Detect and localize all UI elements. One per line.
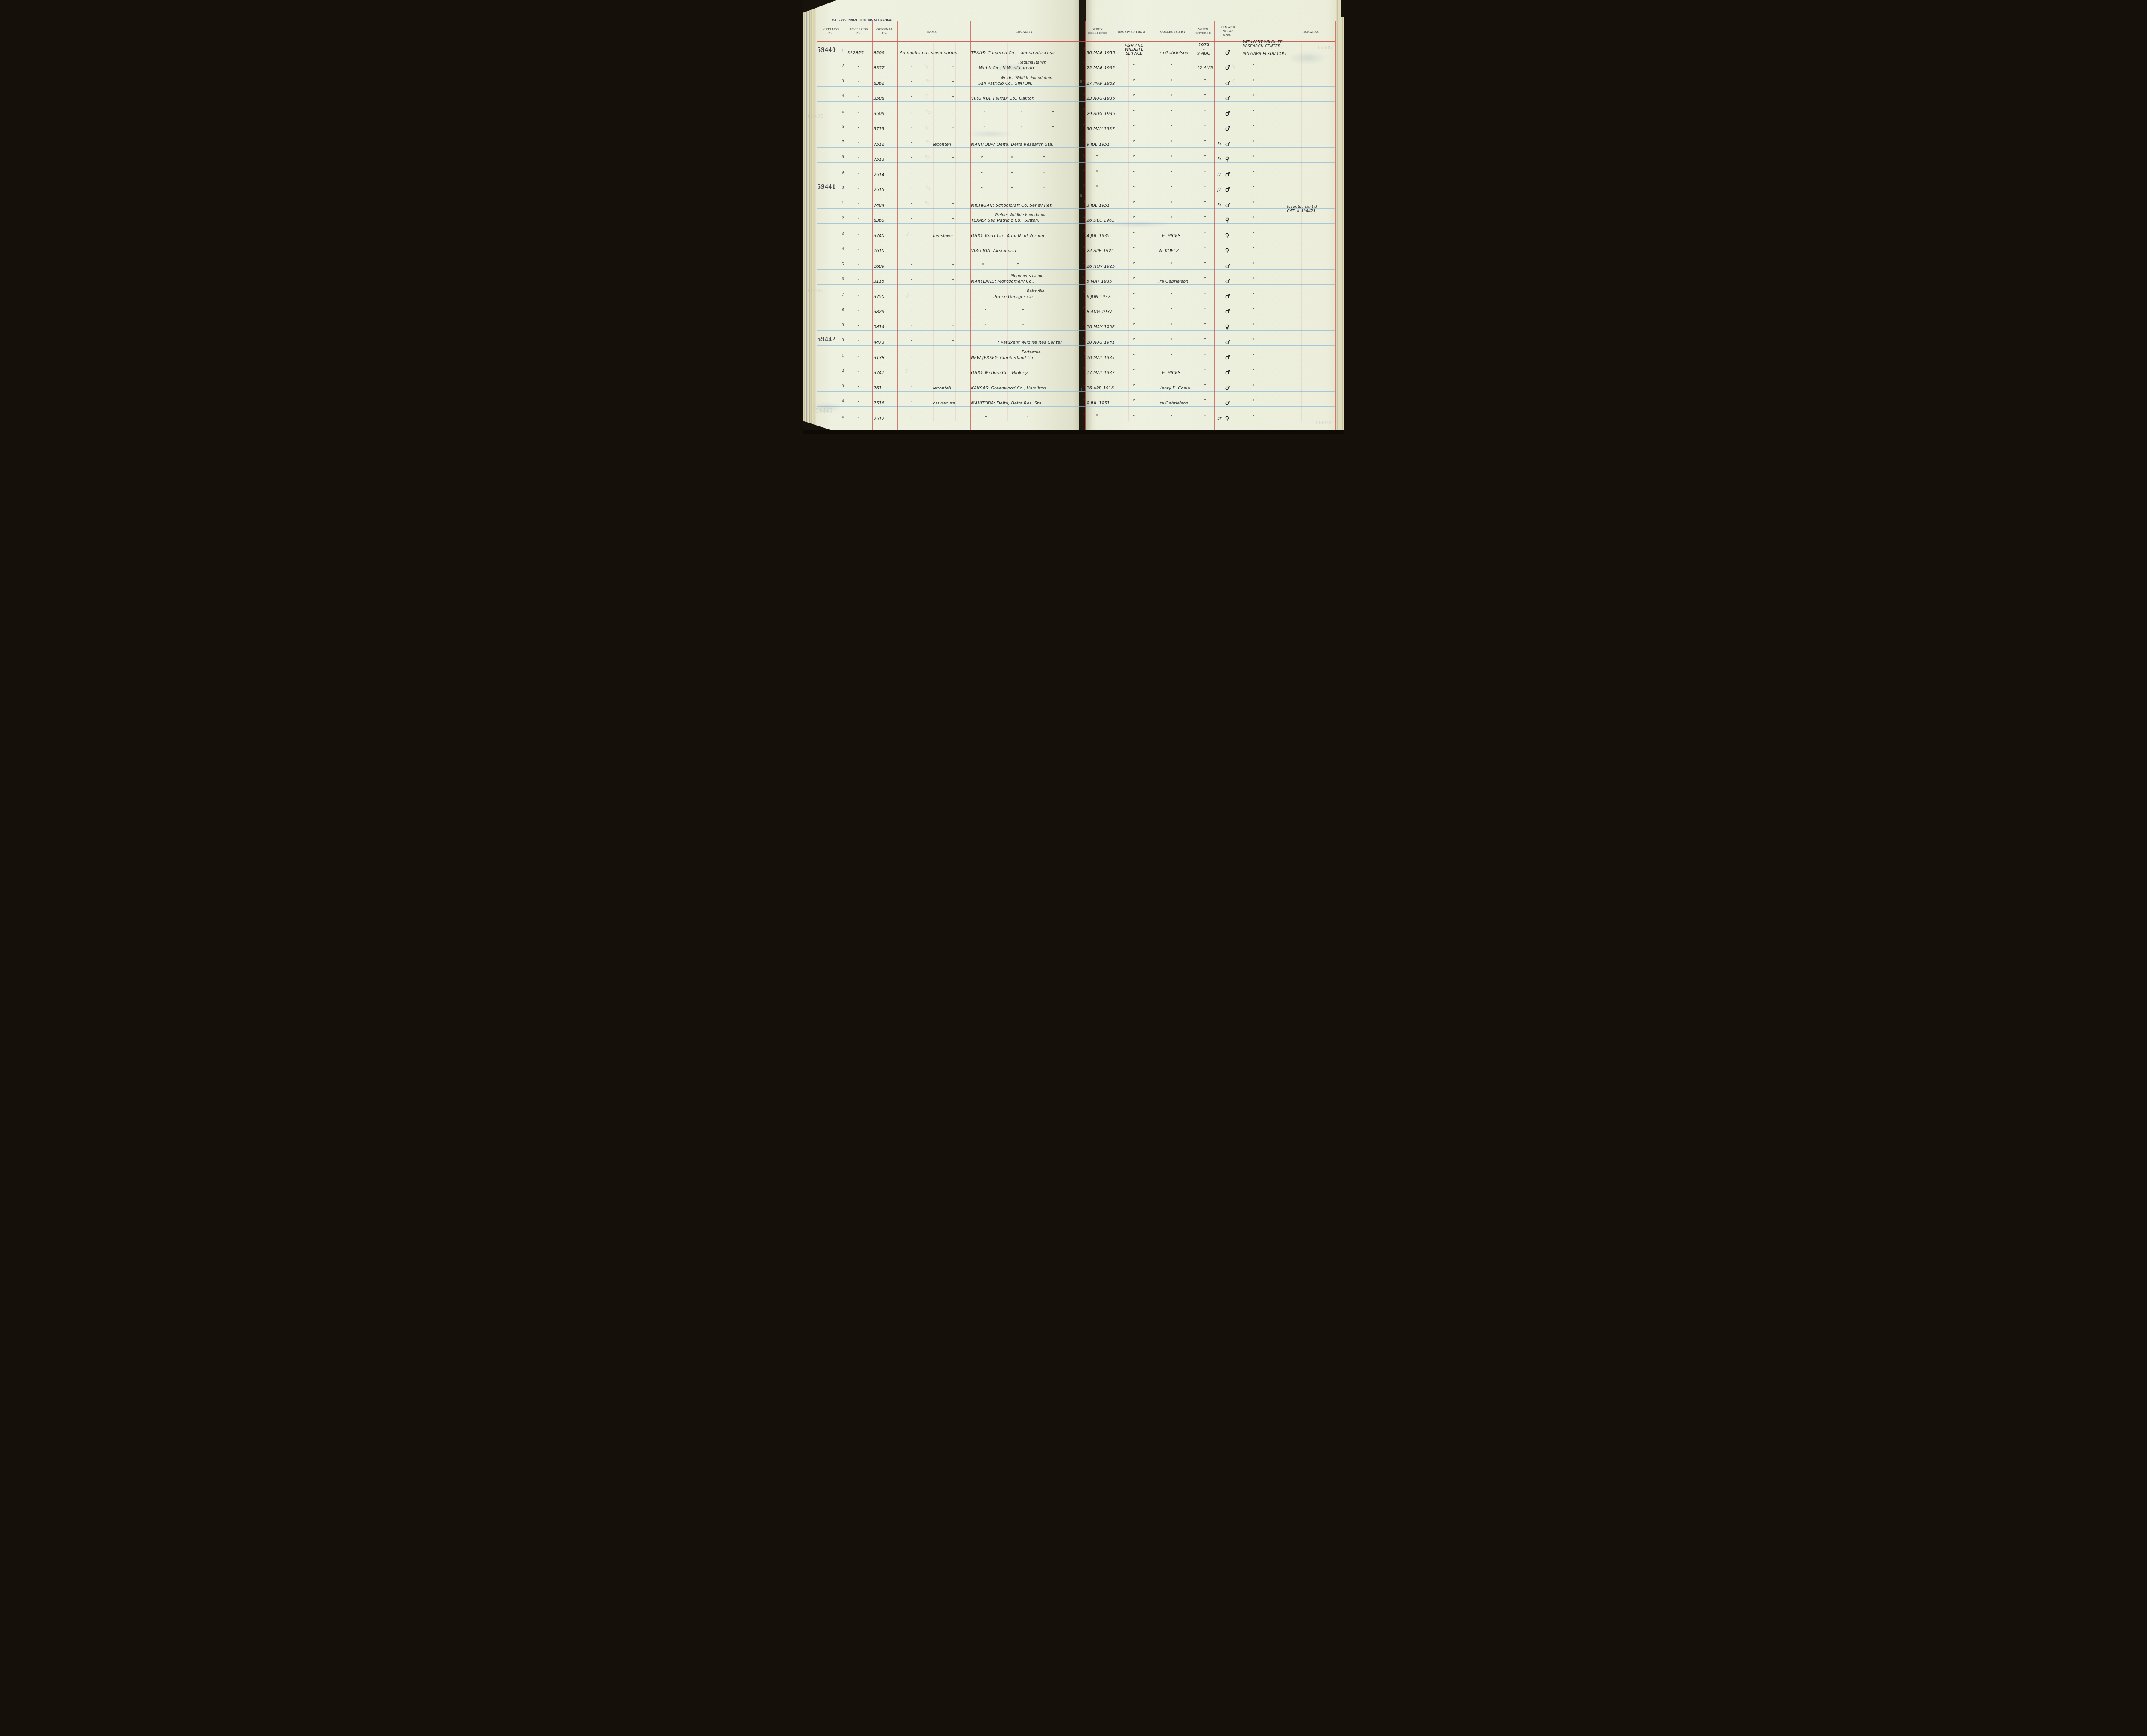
locality-main: TEXAS: San Patricio Co., Sinton, xyxy=(971,218,1040,223)
ghost-sex-symbol: ♀ xyxy=(925,124,929,131)
subspecies-ditto: ” xyxy=(952,371,954,375)
accession-ditto: ” xyxy=(857,356,859,360)
row-number: 9 xyxy=(1080,169,1086,173)
accession-ditto: ” xyxy=(857,188,859,192)
collection-note-ditto: ” xyxy=(1252,262,1254,267)
collection-note-ditto: ” xyxy=(1252,201,1254,206)
when-entered-ditto: ” xyxy=(1204,79,1206,84)
row-number: 8 xyxy=(1080,154,1086,158)
subspecies-ditto: ” xyxy=(952,264,954,269)
column-header-line: CATALOG xyxy=(823,27,839,31)
ghost-smudge xyxy=(1104,221,1172,227)
sex-symbol: ♂ xyxy=(1225,400,1231,407)
sex-symbol: ♂ xyxy=(1225,125,1231,132)
collection-note-line: RESEARCH CENTER xyxy=(1243,45,1289,49)
when-entered-ditto: ” xyxy=(1204,247,1206,252)
received-from-ditto: ” xyxy=(1133,338,1135,343)
locality-main: VIRGINIA: Alexandria xyxy=(971,249,1016,253)
when-entered-ditto: ” xyxy=(1204,369,1206,374)
original-number: 8362 xyxy=(874,81,885,86)
when-entered-ditto: ” xyxy=(1204,415,1206,420)
subspecies-ditto: ” xyxy=(952,188,954,192)
catalog-row-digit: 3 xyxy=(836,384,844,389)
accession-ditto: ” xyxy=(857,310,859,314)
received-from-ditto: ” xyxy=(1133,79,1135,84)
ghost-sex-symbol: ♀ xyxy=(925,94,929,100)
catalog-row-digit: 0 xyxy=(836,186,844,190)
genus-ditto: ” xyxy=(910,249,912,253)
locality-main: MICHIGAN: Schoolcraft Co, Seney Ref. xyxy=(971,203,1053,208)
catalog-row-digit: 4 xyxy=(836,94,844,99)
ledger-record: 4”3508””VIRGINIA: Fairfax Co., Oakton423… xyxy=(803,86,1344,102)
subspecies-name: caudacuta xyxy=(933,401,955,406)
locality-ditto: ” xyxy=(1011,172,1013,176)
row-number: 6 xyxy=(1080,276,1086,280)
catalog-row-digit: 1 xyxy=(836,354,844,358)
catalog-row-digit: 7 xyxy=(836,293,844,297)
catalog-row-digit: 6 xyxy=(836,125,844,129)
collected-by-ditto: ” xyxy=(1170,79,1172,84)
genus-ditto: ” xyxy=(910,340,912,345)
locality-main: TEXAS: Cameron Co., Laguna Atascosa xyxy=(971,51,1055,55)
collection-note-ditto: ” xyxy=(1252,293,1254,298)
catalog-row-digit: 6 xyxy=(836,277,844,282)
column-header-line: SEX AND xyxy=(1221,25,1235,29)
ghost-sex-symbol: ♀ xyxy=(905,231,909,237)
received-from-ditto: ” xyxy=(1133,277,1135,282)
ledger-record: 594420”4473””: Patuxent Wildlife Res Cen… xyxy=(803,330,1344,346)
accession-ditto: ” xyxy=(857,218,859,223)
genus-ditto: ” xyxy=(910,386,912,391)
when-entered-ditto: ” xyxy=(1204,216,1206,221)
sex-symbol: ♀ xyxy=(1225,156,1229,163)
when-entered-line: 9 AUG xyxy=(1195,52,1213,56)
subspecies-ditto: ” xyxy=(952,203,954,208)
collected-by: L.E. HICKS xyxy=(1159,371,1181,375)
locality-ditto: ” xyxy=(1052,126,1054,131)
catalog-row-digit: 2 xyxy=(836,369,844,373)
row-number: 4 xyxy=(1080,93,1086,97)
collection-note-ditto: ” xyxy=(1252,338,1254,343)
collected-by: Henry K. Coale xyxy=(1159,386,1190,391)
row-number: 3 xyxy=(1080,383,1086,387)
sex-symbol: ♀ xyxy=(1225,415,1229,422)
date-collected: 10 MAY 1936 xyxy=(1087,325,1115,330)
row-number: 3 xyxy=(1080,230,1086,234)
catalog-row-digit: 1 xyxy=(836,49,844,53)
sex-symbol: ♂ xyxy=(1225,369,1231,376)
original-number: 3508 xyxy=(874,96,885,101)
sex-symbol: ♂ xyxy=(1225,202,1231,209)
accession-ditto: ” xyxy=(857,96,859,101)
ledger-record: 5”7517””””5””””Br♀” xyxy=(803,406,1344,422)
ghost-stamp: 59441 xyxy=(1315,419,1331,426)
accession-ditto: ” xyxy=(857,157,859,162)
received-from-ditto: ” xyxy=(1133,262,1135,267)
received-from-ditto: ” xyxy=(1133,140,1135,145)
ledger-scan: U.S. GOVERNMENT PRINTING OFFICE 278-408 … xyxy=(803,0,1344,434)
accession-ditto: ” xyxy=(857,264,859,269)
original-number: 4473 xyxy=(874,340,885,345)
original-number: 7515 xyxy=(874,188,885,192)
locality-main: NEW JERSEY: Cumberland Co., xyxy=(971,356,1036,360)
date-collected: 10 AUG 1941 xyxy=(1087,340,1115,345)
ledger-record: 6”3713”””””630 MAY 1937”””♂” xyxy=(803,117,1344,132)
genus-ditto: ” xyxy=(910,142,912,147)
date-collected: 3 JUL 1951 xyxy=(1087,203,1110,208)
genus-ditto: ” xyxy=(910,127,912,131)
ghost-sex-symbol: ♂ xyxy=(925,155,930,161)
genus-ditto: ” xyxy=(910,173,912,177)
original-number: 7514 xyxy=(874,173,885,177)
date-ditto: ” xyxy=(1096,414,1098,419)
subspecies-ditto: ” xyxy=(952,279,954,284)
accession-ditto: ” xyxy=(857,66,859,70)
sex-symbol: ♂ xyxy=(1225,141,1231,148)
ledger-record: 5”1609””””526 NOV 1925”””♂” xyxy=(803,254,1344,269)
genus-ditto: ” xyxy=(910,417,912,421)
date-ditto: ” xyxy=(1096,170,1098,175)
accession-value: 332825 xyxy=(848,51,864,55)
when-entered-ditto: ” xyxy=(1204,155,1206,160)
catalog-row-digit: 9 xyxy=(836,171,844,175)
collected-by-ditto: ” xyxy=(1170,323,1172,328)
ledger-record: 3”761”leconteiiKANSAS: Greenwood Co., Ha… xyxy=(803,376,1344,391)
locality-ditto: ” xyxy=(981,187,983,192)
when-entered-ditto: ” xyxy=(1204,293,1206,298)
catalog-row-digit: 8 xyxy=(836,308,844,312)
sex-symbol: ♂ xyxy=(1225,339,1231,346)
sex-prefix: Br xyxy=(1218,417,1222,420)
subspecies-ditto: ” xyxy=(952,310,954,314)
column-header-received-from: RECEIVED FROM— xyxy=(1118,30,1149,34)
ghost-smudge xyxy=(988,64,1039,71)
catalog-row-digit: 5 xyxy=(836,262,844,267)
subspecies-ditto: ” xyxy=(952,356,954,360)
accession-ditto: ” xyxy=(857,81,859,86)
locality-main: MANITOBA: Delta, Delta Res. Sta. xyxy=(971,401,1043,406)
received-from-ditto: ” xyxy=(1133,354,1135,359)
original-number: 3829 xyxy=(874,310,885,314)
locality-ditto: ” xyxy=(1043,156,1045,161)
collected-by: L.E. HICKS xyxy=(1159,234,1181,238)
received-from-ditto: ” xyxy=(1133,94,1135,99)
sex-symbol: ♂ xyxy=(1225,354,1231,361)
row-number: 9 xyxy=(1080,322,1086,326)
sex-symbol: ♂ xyxy=(1225,186,1231,193)
original-number: 3509 xyxy=(874,112,885,116)
ledger-record: 9”7514”””””9””””Ju♂” xyxy=(803,162,1344,178)
ledger-record: 7”3750””Beltsville: Prince Georges Co.,7… xyxy=(803,284,1344,300)
column-header-line: LOCALITY xyxy=(1016,30,1033,34)
collection-note-ditto: ” xyxy=(1252,232,1254,237)
genus-ditto: ” xyxy=(910,81,912,86)
staple xyxy=(1080,194,1082,197)
catalog-row-digit: 4 xyxy=(836,247,844,251)
ghost-sex-symbol: ♂ xyxy=(926,109,931,116)
date-collected: 4 JUL 1935 xyxy=(1087,234,1110,238)
accession-ditto: ” xyxy=(857,173,859,177)
locality-main: VIRGINIA: Fairfax Co., Oakton xyxy=(971,96,1035,101)
ghost-smudge xyxy=(1288,52,1327,64)
collection-note-ditto: ” xyxy=(1252,155,1254,160)
catalog-row-digit: 5 xyxy=(836,110,844,114)
scan-shadow-bottom xyxy=(803,430,1344,434)
when-entered-ditto: ” xyxy=(1204,384,1206,389)
received-from-ditto: ” xyxy=(1133,186,1135,191)
catalog-row-digit: 0 xyxy=(836,338,844,343)
sex-symbol: ♀ xyxy=(1225,324,1229,331)
received-from-ditto: ” xyxy=(1133,308,1135,313)
subspecies-ditto: ” xyxy=(952,157,954,162)
original-number: 3740 xyxy=(874,234,885,238)
sex-symbol: ♂ xyxy=(1225,95,1231,102)
collected-by-ditto: ” xyxy=(1170,201,1172,206)
genus-ditto: ” xyxy=(910,371,912,375)
column-header-line: ACCESSION xyxy=(849,27,868,31)
locality-ditto: ” xyxy=(983,111,985,116)
subspecies-ditto: ” xyxy=(952,340,954,345)
species-name: Ammodramus savannarum xyxy=(900,51,958,55)
accession-ditto: ” xyxy=(857,401,859,406)
column-header-line: No. xyxy=(849,31,868,35)
received-from-ditto: ” xyxy=(1133,232,1135,237)
received-from-ditto: ” xyxy=(1133,110,1135,115)
locality-ditto: ” xyxy=(983,126,985,131)
collected-by-ditto: ” xyxy=(1170,216,1172,221)
ledger-record: 6”3115””Plummer's IslandMARYLAND: Montgo… xyxy=(803,269,1344,285)
column-header-name: NAME xyxy=(927,30,937,34)
locality-upper: Welder Wildlife Foundation xyxy=(1001,76,1052,81)
row-number: 0 xyxy=(1080,184,1086,188)
locality-upper: Welder Wildlife Foundation xyxy=(995,213,1047,218)
collected-by-ditto: ” xyxy=(1170,415,1172,420)
column-header-line: SPEC. xyxy=(1221,33,1235,37)
ghost-sex-symbol: ♂ xyxy=(926,185,931,192)
column-header-line: ENTERED xyxy=(1195,31,1211,35)
row-number: 5 xyxy=(1080,108,1086,112)
column-header-original-no: ORIGINALNo. xyxy=(876,27,893,35)
locality-ditto: ” xyxy=(1020,126,1022,131)
row-number: 2 xyxy=(1080,367,1086,371)
ledger-record: 4”7516”caudacutaMANITOBA: Delta, Delta R… xyxy=(803,391,1344,407)
sex-prefix: Br xyxy=(1218,142,1222,146)
collected-by-ditto: ” xyxy=(1170,338,1172,343)
date-collected: 8 AUG-1937 xyxy=(1087,310,1113,314)
collection-note-ditto: ” xyxy=(1252,64,1254,69)
collected-by-ditto: ” xyxy=(1170,262,1172,267)
row-number: 5 xyxy=(1080,413,1086,417)
catalog-row-digit: 5 xyxy=(836,415,844,419)
accession-ditto: ” xyxy=(857,279,859,284)
ledger-record: 3”3740”henslowiiOHIO: Knox Co., 4 mi N. … xyxy=(803,223,1344,239)
catalog-stamp: 59441 xyxy=(818,183,836,191)
locality-main: MARYLAND: Montgomery Co., xyxy=(971,279,1035,284)
column-header-line: No. OF xyxy=(1221,29,1235,33)
row-number: 2 xyxy=(1080,215,1086,219)
column-header-locality: LOCALITY xyxy=(1016,30,1033,34)
subspecies-ditto: ” xyxy=(952,295,954,299)
ledger-record: 9”3414””””910 MAY 1936”””♀” xyxy=(803,315,1344,330)
original-number: 3138 xyxy=(874,356,885,360)
collection-note-ditto: ” xyxy=(1252,415,1254,420)
row-number: 0 xyxy=(1080,337,1086,341)
original-number: 3741 xyxy=(874,371,885,375)
collected-by-ditto: ” xyxy=(1170,125,1172,130)
locality-ditto: ” xyxy=(1022,309,1024,313)
date-collected: 5 MAY 1935 xyxy=(1087,279,1112,284)
original-number: 3414 xyxy=(874,325,885,330)
subspecies-ditto: ” xyxy=(952,173,954,177)
when-entered-ditto: ” xyxy=(1204,171,1206,176)
ledger-record: 4”1610””VIRGINIA: Alexandria422 APR 1925… xyxy=(803,239,1344,254)
row-number: 7 xyxy=(1080,139,1086,143)
column-header-sex-and-spec: SEX ANDNo. OFSPEC. xyxy=(1221,25,1235,37)
ledger-record: 1”7484””MICHIGAN: Schoolcraft Co, Seney … xyxy=(803,193,1344,208)
date-collected: 29 AUG-1936 xyxy=(1087,112,1115,116)
catalog-row-digit: 8 xyxy=(836,155,844,160)
species-ditto: ” xyxy=(952,112,954,116)
original-number: 7517 xyxy=(874,417,885,421)
genus-ditto: ” xyxy=(910,234,912,238)
locality-ditto: ” xyxy=(1043,187,1045,192)
ledger-record: 2”8357””Retama Ranch: Webb Co., N.W. of … xyxy=(803,56,1344,71)
original-number: 761 xyxy=(874,386,882,391)
column-header-when-collected: WHENCOLLECTED xyxy=(1088,27,1107,35)
ghost-sex-symbol: ♀ xyxy=(905,292,909,298)
when-entered-ditto: ” xyxy=(1204,201,1206,206)
date-collected: 30 MAY 1937 xyxy=(1087,127,1115,131)
ledger-record: 2”8360””Welder Wildlife FoundationTEXAS:… xyxy=(803,208,1344,224)
collection-note-ditto: ” xyxy=(1252,186,1254,191)
collection-note-ditto: ” xyxy=(1252,247,1254,252)
date-collected: 30 MAR 1956 xyxy=(1087,51,1115,55)
ghost-sex-symbol: ♂ xyxy=(926,140,931,146)
ledger-record: 7”7512”leconteiiMANITOBA: Delta, Delta R… xyxy=(803,132,1344,147)
catalog-stamp: 59442 xyxy=(818,336,836,344)
when-entered-ditto: ” xyxy=(1204,354,1206,359)
collection-note-ditto: ” xyxy=(1252,171,1254,176)
ghost-sex-symbol: ♀ xyxy=(1232,63,1236,70)
accession-ditto: ” xyxy=(857,249,859,253)
collection-note-ditto: ” xyxy=(1252,140,1254,145)
sex-symbol: ♂ xyxy=(1225,385,1231,392)
collection-note-ditto: ” xyxy=(1252,308,1254,313)
ledger-record: 8”7513”””””8””””Br♀” xyxy=(803,147,1344,163)
accession-ditto: ” xyxy=(857,417,859,421)
date-collected: 10 MAY 1935 xyxy=(1087,356,1115,360)
column-header-when-entered: WHENENTERED xyxy=(1195,27,1211,35)
genus-ditto: ” xyxy=(910,325,912,330)
column-header-line: ORIGINAL xyxy=(876,27,893,31)
record-rule xyxy=(817,422,1335,422)
ledger-record: 3”8362””Welder Wildlife Foundation: San … xyxy=(803,71,1344,86)
ghost-sex-symbol: ♀ xyxy=(925,63,929,70)
accession-ditto: ” xyxy=(857,295,859,299)
column-header-line: REMARKS xyxy=(1302,30,1319,34)
date-collected: 27 MAR 1962 xyxy=(1087,81,1115,86)
locality-ditto: ” xyxy=(1022,324,1024,329)
sex-symbol: ♀ xyxy=(1225,217,1229,224)
locality-ditto: ” xyxy=(985,416,987,420)
sex-prefix: Ju xyxy=(1218,188,1221,192)
column-header-line: RECEIVED FROM— xyxy=(1118,30,1149,34)
when-entered-ditto: ” xyxy=(1204,140,1206,145)
collection-note-ditto: ” xyxy=(1252,277,1254,282)
original-number: 7513 xyxy=(874,157,885,162)
row-number: 7 xyxy=(1080,291,1086,295)
date-collected: 22 MAR 1962 xyxy=(1087,66,1115,70)
collection-note-ditto: ” xyxy=(1252,369,1254,374)
catalog-row-digit: 2 xyxy=(836,64,844,68)
date-ditto: ” xyxy=(1096,185,1098,190)
accession-ditto: ” xyxy=(857,371,859,375)
genus-ditto: ” xyxy=(910,356,912,360)
received-from-ditto: ” xyxy=(1133,155,1135,160)
locality-ditto: ” xyxy=(984,324,986,329)
catalog-row-digit: 2 xyxy=(836,216,844,221)
species-ditto: ” xyxy=(952,81,954,86)
received-from-ditto: ” xyxy=(1133,323,1135,328)
sex-symbol: ♂ xyxy=(1225,293,1231,300)
sex-symbol: ♂ xyxy=(1225,308,1231,315)
printed-top-band xyxy=(817,21,1335,24)
date-collected: 17 MAY 1937 xyxy=(1087,371,1115,375)
when-entered-ditto: ” xyxy=(1204,308,1206,313)
column-header-line: COLLECTED BY— xyxy=(1160,30,1189,34)
locality-upper: Beltsville xyxy=(1027,289,1045,294)
received-from-ditto: ” xyxy=(1133,125,1135,130)
accession-ditto: ” xyxy=(857,325,859,330)
collected-by-ditto: ” xyxy=(1170,354,1172,359)
row-number: 1 xyxy=(1080,352,1086,356)
when-entered: 1979–9 AUG xyxy=(1195,43,1213,56)
when-entered-ditto: ” xyxy=(1204,186,1206,191)
sex-prefix: Br xyxy=(1218,157,1222,161)
ledger-record: 5”3509”””””529 AUG-1936”””♂” xyxy=(803,101,1344,117)
date-collected: 9 JUL 1951 xyxy=(1087,401,1110,406)
subspecies-ditto: ” xyxy=(952,249,954,253)
genus-ditto: ” xyxy=(910,264,912,269)
original-number: 8206 xyxy=(874,51,885,55)
column-header-line: WHEN xyxy=(1195,27,1211,31)
ghost-stamp: 59438 xyxy=(807,112,824,119)
genus-ditto: ” xyxy=(910,157,912,162)
collected-by-ditto: ” xyxy=(1170,64,1172,69)
ledger-record: 594410”7515”””””0””””Ju♂” xyxy=(803,178,1344,193)
locality-main: : Patuxent Wildlife Res Center xyxy=(998,340,1062,345)
collection-note: PATUXENT WILDLIFERESEARCH CENTER–IRA GAB… xyxy=(1243,41,1289,56)
row-number: 6 xyxy=(1080,123,1086,128)
locality-main: MANITOBA: Delta, Delta Research Sta. xyxy=(971,142,1054,147)
catalog-row-digit: 3 xyxy=(836,232,844,236)
column-header-accession-no: ACCESSIONNo. xyxy=(849,27,868,35)
collected-by-ditto: ” xyxy=(1170,94,1172,99)
genus-ditto: ” xyxy=(910,203,912,208)
locality-upper: Plummer's Island xyxy=(1011,274,1044,279)
row-number: 5 xyxy=(1080,261,1086,265)
species-ditto: ” xyxy=(952,66,954,70)
ghost-sex-symbol: ♀ xyxy=(1232,79,1236,85)
locality-ditto: ” xyxy=(1011,156,1013,161)
collected-by-ditto: ” xyxy=(1170,186,1172,191)
date-collected: 9 JUL 1951 xyxy=(1087,142,1110,147)
catalog-stamp: 59440 xyxy=(818,46,836,54)
genus-ditto: ” xyxy=(910,96,912,101)
received-from-ditto: ” xyxy=(1133,399,1135,404)
row-number: 2 xyxy=(1080,62,1086,67)
subspecies-name: henslowii xyxy=(933,234,953,238)
